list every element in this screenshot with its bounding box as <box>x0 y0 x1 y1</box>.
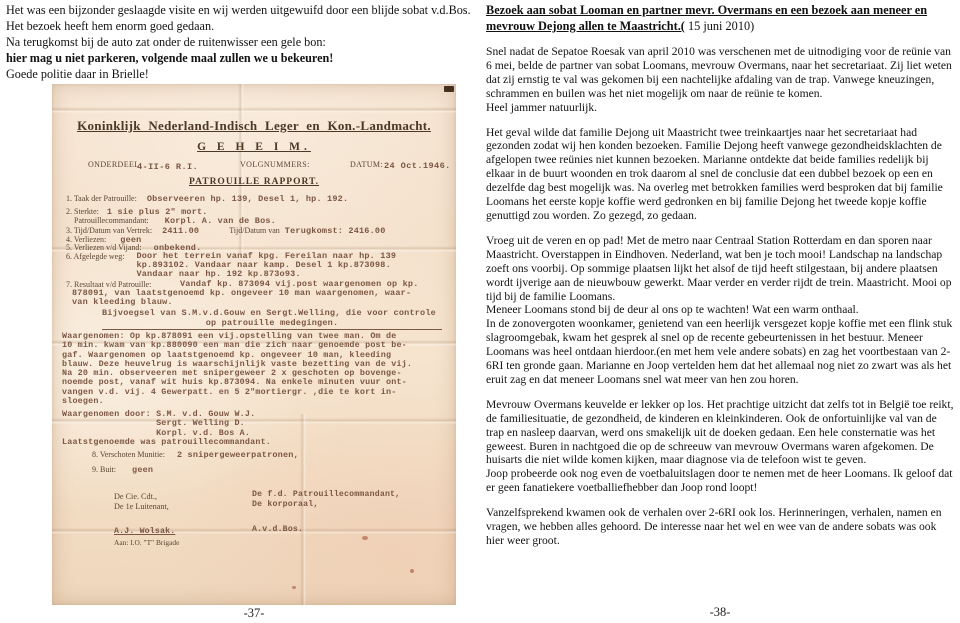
article-paragraph: Vanzelfsprekend kwamen ook de verhalen o… <box>486 506 954 548</box>
datum-value: 24 Oct.1946. <box>384 161 451 171</box>
article-heading: Bezoek aan sobat Looman en partner mevr.… <box>486 2 954 34</box>
volgnummers-label: VOLGNUMMERS: <box>240 160 310 169</box>
secret-marking: G E H E I M. <box>52 141 456 153</box>
article-heading-date: 15 juni 2010) <box>685 19 754 33</box>
report-item-1: 1. Taak der Patrouille: Observeeren hp. … <box>66 194 348 204</box>
right-page-column: Bezoek aan sobat Looman en partner mevr.… <box>486 2 954 548</box>
signature-right-name: A.v.d.Bos. <box>252 525 303 535</box>
intro-paragraph: Het was een bijzonder geslaagde visite e… <box>6 2 478 82</box>
signature-left-titles: De Cie. Cdt., De 1e Luitenant, <box>114 492 169 512</box>
intro-text-3: Goede politie daar in Brielle! <box>6 66 478 82</box>
signature-left-name: A.J. Wolsak. <box>114 527 175 537</box>
report-item-9: 9. Buit: geen <box>92 465 153 475</box>
army-header-title: Koninklijk Nederland-Indisch Leger en Ko… <box>52 118 456 134</box>
article-paragraph: Snel nadat de Sepatoe Roesak van april 2… <box>486 45 954 115</box>
intro-text-2: Na terugkomst bij de auto zat onder de r… <box>6 34 478 50</box>
book-spread: Het was een bijzonder geslaagde visite e… <box>0 0 960 623</box>
intro-text-bold: hier mag u niet parkeren, volgende maal … <box>6 50 478 66</box>
intro-text-1: Het was een bijzonder geslaagde visite e… <box>6 3 471 33</box>
observed-by-block: Waargenomen door: S.M. v.d. Gouw W.J. Se… <box>62 410 271 447</box>
paper-stain <box>292 586 296 589</box>
paper-stain <box>410 569 414 573</box>
datum-label: DATUM: <box>350 160 383 169</box>
observations-block: Waargenomen: Op kp.878091 een vij.opstel… <box>62 332 446 406</box>
paper-speck <box>444 86 454 92</box>
report-item-2b: Patrouillecommandant: Korpl. A. van de B… <box>74 216 276 226</box>
annex-heading: Bijvoegsel van S.M.v.d.Gouw en Sergt.Wel… <box>102 309 442 330</box>
signature-left-sub: Aan: I.O. "T" Brigade <box>114 538 179 548</box>
report-item-7: 7. Resultaat v/d Patrouille: Vandaf kp. … <box>66 280 446 308</box>
paper-stain <box>362 536 368 540</box>
patrol-report-scan: Koninklijk Nederland-Indisch Leger en Ko… <box>52 84 456 605</box>
onderdeel-label: ONDERDEEL: <box>88 160 142 169</box>
form-header-row: ONDERDEEL: 4-II-6 R.I. VOLGNUMMERS: DATU… <box>52 160 456 172</box>
onderdeel-value: 4-II-6 R.I. <box>137 162 198 172</box>
page-number-38: -38- <box>486 605 954 620</box>
signature-right-titles: De f.d. Patrouillecommandant, De korpora… <box>252 490 400 510</box>
crease-line <box>52 107 456 113</box>
article-paragraph: Vroeg uit de veren en op pad! Met de met… <box>486 234 954 387</box>
page-number-37: -37- <box>52 606 456 621</box>
left-page-column: Het was een bijzonder geslaagde visite e… <box>6 2 478 82</box>
report-item-6: 6. Afgelegde weg: Door het terrein vanaf… <box>66 252 396 280</box>
report-title: PATROUILLE RAPPORT. <box>52 177 456 187</box>
article-paragraph: Het geval wilde dat familie Dejong uit M… <box>486 126 954 223</box>
report-item-8: 8. Verschoten Munitie: 2 snipergeweerpat… <box>92 450 299 460</box>
article-paragraph: Mevrouw Overmans keuvelde er lekker op l… <box>486 398 954 495</box>
